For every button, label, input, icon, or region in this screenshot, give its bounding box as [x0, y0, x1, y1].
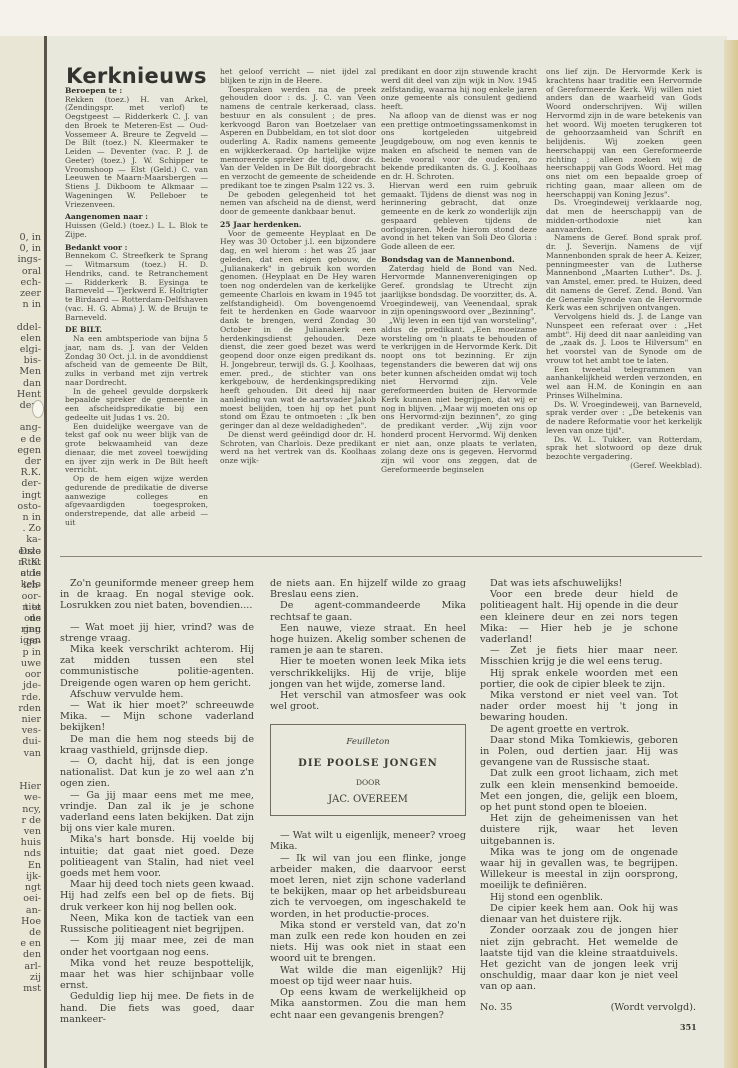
story-paragraph: — Ga jij maar eens met me mee, vrindje. …: [60, 790, 254, 835]
paragraph: De dienst werd geëindigd door dr. H. Sch…: [220, 431, 376, 466]
story-paragraph: — Wat moet jij hier, vrind? was de stren…: [60, 622, 254, 644]
paragraph: predikant en door zijn stuwende kracht w…: [381, 68, 537, 112]
issue-number: No. 35: [480, 1002, 512, 1013]
paragraph: Vervolgens hield ds. J. de Lange van Nun…: [546, 313, 702, 366]
paragraph: Een tweetal telegrammen van aanhankelijk…: [546, 366, 702, 401]
paragraph: „Wij leven in een tijd van worsteling", …: [381, 317, 537, 475]
paragraph: Na een ambtsperiode van bijna 5 jaar, na…: [65, 335, 208, 388]
story-paragraph: De cipier keek hem aan. Ook hij was dien…: [480, 903, 678, 925]
story-paragraph: Een nauwe, vieze straat. En heel hoge hu…: [270, 623, 466, 657]
previous-page-margin: 0, in 0, in ings- oral ech- zeer n in dd…: [0, 36, 44, 1068]
story-paragraph: Hier te moeten wonen leek Mika iets vers…: [270, 656, 466, 690]
feuilleton-column-1: Zo'n geuniformde meneer greep hem in de …: [60, 578, 254, 1025]
story-paragraph: Mika was te jong om de ongenade waar hij…: [480, 847, 678, 892]
previous-page-text-bottom: euze R.K. e de ich- oor- niet de gen ge-…: [18, 546, 41, 994]
feuilleton-column-3: Dat was iets afschuwelijks!Voor een bred…: [480, 578, 678, 993]
paragraph: het geloof verricht — niet ijdel zal bli…: [220, 68, 376, 86]
story-paragraph: Zo'n geuniformde meneer greep hem in de …: [60, 578, 254, 612]
paragraph: ons lief zijn. De Hervormde Kerk is krac…: [546, 68, 702, 199]
page-edge: [724, 40, 738, 1068]
story-paragraph: — Ik wil van jou een flinke, jonge arbei…: [270, 853, 466, 920]
story-paragraph: Wat wilde die man eigenlijk? Hij moest o…: [270, 965, 466, 987]
page-number: 351: [680, 1022, 697, 1032]
story-paragraph: Dat zulk een groot lichaam, zich met zul…: [480, 768, 678, 813]
kerknieuws-column-1: Kerknieuws Beroepen te :Rekken (toez.) H…: [65, 70, 208, 528]
story-paragraph: Het zijn de geheimenissen van het duiste…: [480, 813, 678, 847]
paragraph: Namens de Geref. Bond sprak prof. dr. J.…: [546, 234, 702, 313]
section-divider: [60, 556, 702, 557]
story-title: DIE POOLSE JONGEN: [271, 758, 465, 769]
story-paragraph: Voor een brede deur hield de politieagen…: [480, 589, 678, 645]
feuilleton-title-box: Feuilleton DIE POOLSE JONGEN DOOR JAC. O…: [270, 724, 466, 816]
paragraph: Op de hem eigen wijze werden gedurende d…: [65, 475, 208, 528]
source-credit: (Geref. Weekblad).: [546, 462, 702, 471]
paragraph: In de geheel gevulde dorpskerk bepaalde …: [65, 388, 208, 423]
story-paragraph: De agent groette en vertrok.: [480, 724, 678, 735]
paragraph: Huissen (Geld.) (toez.) L. L. Blok te Zi…: [65, 222, 208, 240]
story-paragraph: De man die hem nog steeds bij de kraag v…: [60, 734, 254, 756]
story-paragraph: Mika vond het reuze bespottelijk, maar h…: [60, 958, 254, 992]
paragraph: Ds. W. L. Tukker, van Rotterdam, sprak h…: [546, 436, 702, 462]
story-author: JAC. OVEREEM: [271, 794, 465, 805]
paragraph: Zaterdag hield de Bond van Ned. Hervormd…: [381, 265, 537, 318]
story-paragraph: de niets aan. En hijzelf wilde zo graag …: [270, 578, 466, 600]
section-title: Kerknieuws: [65, 72, 208, 81]
paragraph: Ds. Vroegindeweij verklaarde nog, dat me…: [546, 199, 702, 234]
paragraph: Hiervan werd een ruim gebruik gemaakt. T…: [381, 182, 537, 252]
story-paragraph: — Wat ik hier moet?' schreeuwde Mika. — …: [60, 700, 254, 734]
story-paragraph: — Zet je fiets hier maar neer. Misschien…: [480, 645, 678, 667]
story-paragraph: Mika stond er versteld van, dat zo'n man…: [270, 920, 466, 965]
paragraph: Voor de gemeente Heyplaat en De Hey was …: [220, 230, 376, 431]
paragraph: Rekken (toez.) H. van Arkel, (Zendingspr…: [65, 96, 208, 210]
story-paragraph: Afschuw vervulde hem.: [60, 689, 254, 700]
story-paragraph: Hij sprak enkele woorden met een portier…: [480, 668, 678, 690]
story-paragraph: Mika keek verschrikt achterom. Hij zat m…: [60, 644, 254, 689]
paragraph: Bennekom C. Streefkerk te Sprang — Witma…: [65, 252, 208, 322]
story-paragraph: Op eens kwam de werkelijkheid op Mika aa…: [270, 987, 466, 1021]
story-paragraph: — O, dacht hij, dat is een jonge nationa…: [60, 756, 254, 790]
story-paragraph: Zonder oorzaak zou de jongen hier niet z…: [480, 925, 678, 992]
story-paragraph: Dat was iets afschuwelijks!: [480, 578, 678, 589]
story-paragraph: Het verschil van atmosfeer was ook wel g…: [270, 690, 466, 712]
story-paragraph: — Kom jij maar mee, zei de man onder het…: [60, 935, 254, 957]
story-paragraph: Geduldig liep hij mee. De fiets in de ha…: [60, 991, 254, 1025]
paragraph: Toespraken werden na de preek gehouden d…: [220, 86, 376, 191]
feuilleton-column-2: de niets aan. En hijzelf wilde zo graag …: [270, 578, 466, 1021]
paragraph: Ds. W. Vroegindeweij, van Barneveld, spr…: [546, 401, 702, 436]
story-paragraph: Hij stond een ogenblik.: [480, 892, 678, 903]
kerknieuws-column-2: het geloof verricht — niet ijdel zal bli…: [220, 68, 376, 466]
story-paragraph: Mika's hart bonsde. Hij voelde bij intui…: [60, 834, 254, 879]
story-paragraph: Mika verstond er niet veel van. Tot nade…: [480, 690, 678, 724]
story-paragraph: Maar hij deed toch niets geen kwaad. Hij…: [60, 879, 254, 913]
feuilleton-label: Feuilleton: [271, 737, 465, 748]
to-be-continued: (Wordt vervolgd).: [611, 1002, 696, 1013]
kerknieuws-column-3: predikant en door zijn stuwende kracht w…: [381, 68, 537, 475]
paragraph: Na afloop van de dienst was er nog een p…: [381, 112, 537, 182]
paragraph: De geboden gelegenheid tot het nemen van…: [220, 191, 376, 217]
story-paragraph: — Wat wilt u eigenlijk, meneer? vroeg Mi…: [270, 830, 466, 852]
kerknieuws-column-4: ons lief zijn. De Hervormde Kerk is krac…: [546, 68, 702, 471]
story-paragraph: Neen, Mika kon de tactiek van een Russis…: [60, 913, 254, 935]
story-by: DOOR: [271, 777, 465, 788]
binding-hole-left: [32, 400, 44, 418]
story-paragraph: Daar stond Mika Tomkiewis, geboren in Po…: [480, 735, 678, 769]
story-paragraph: De agent-commandeerde Mika rechtsaf te g…: [270, 600, 466, 622]
paragraph: Een duidelijke weergave van de tekst gaf…: [65, 423, 208, 476]
